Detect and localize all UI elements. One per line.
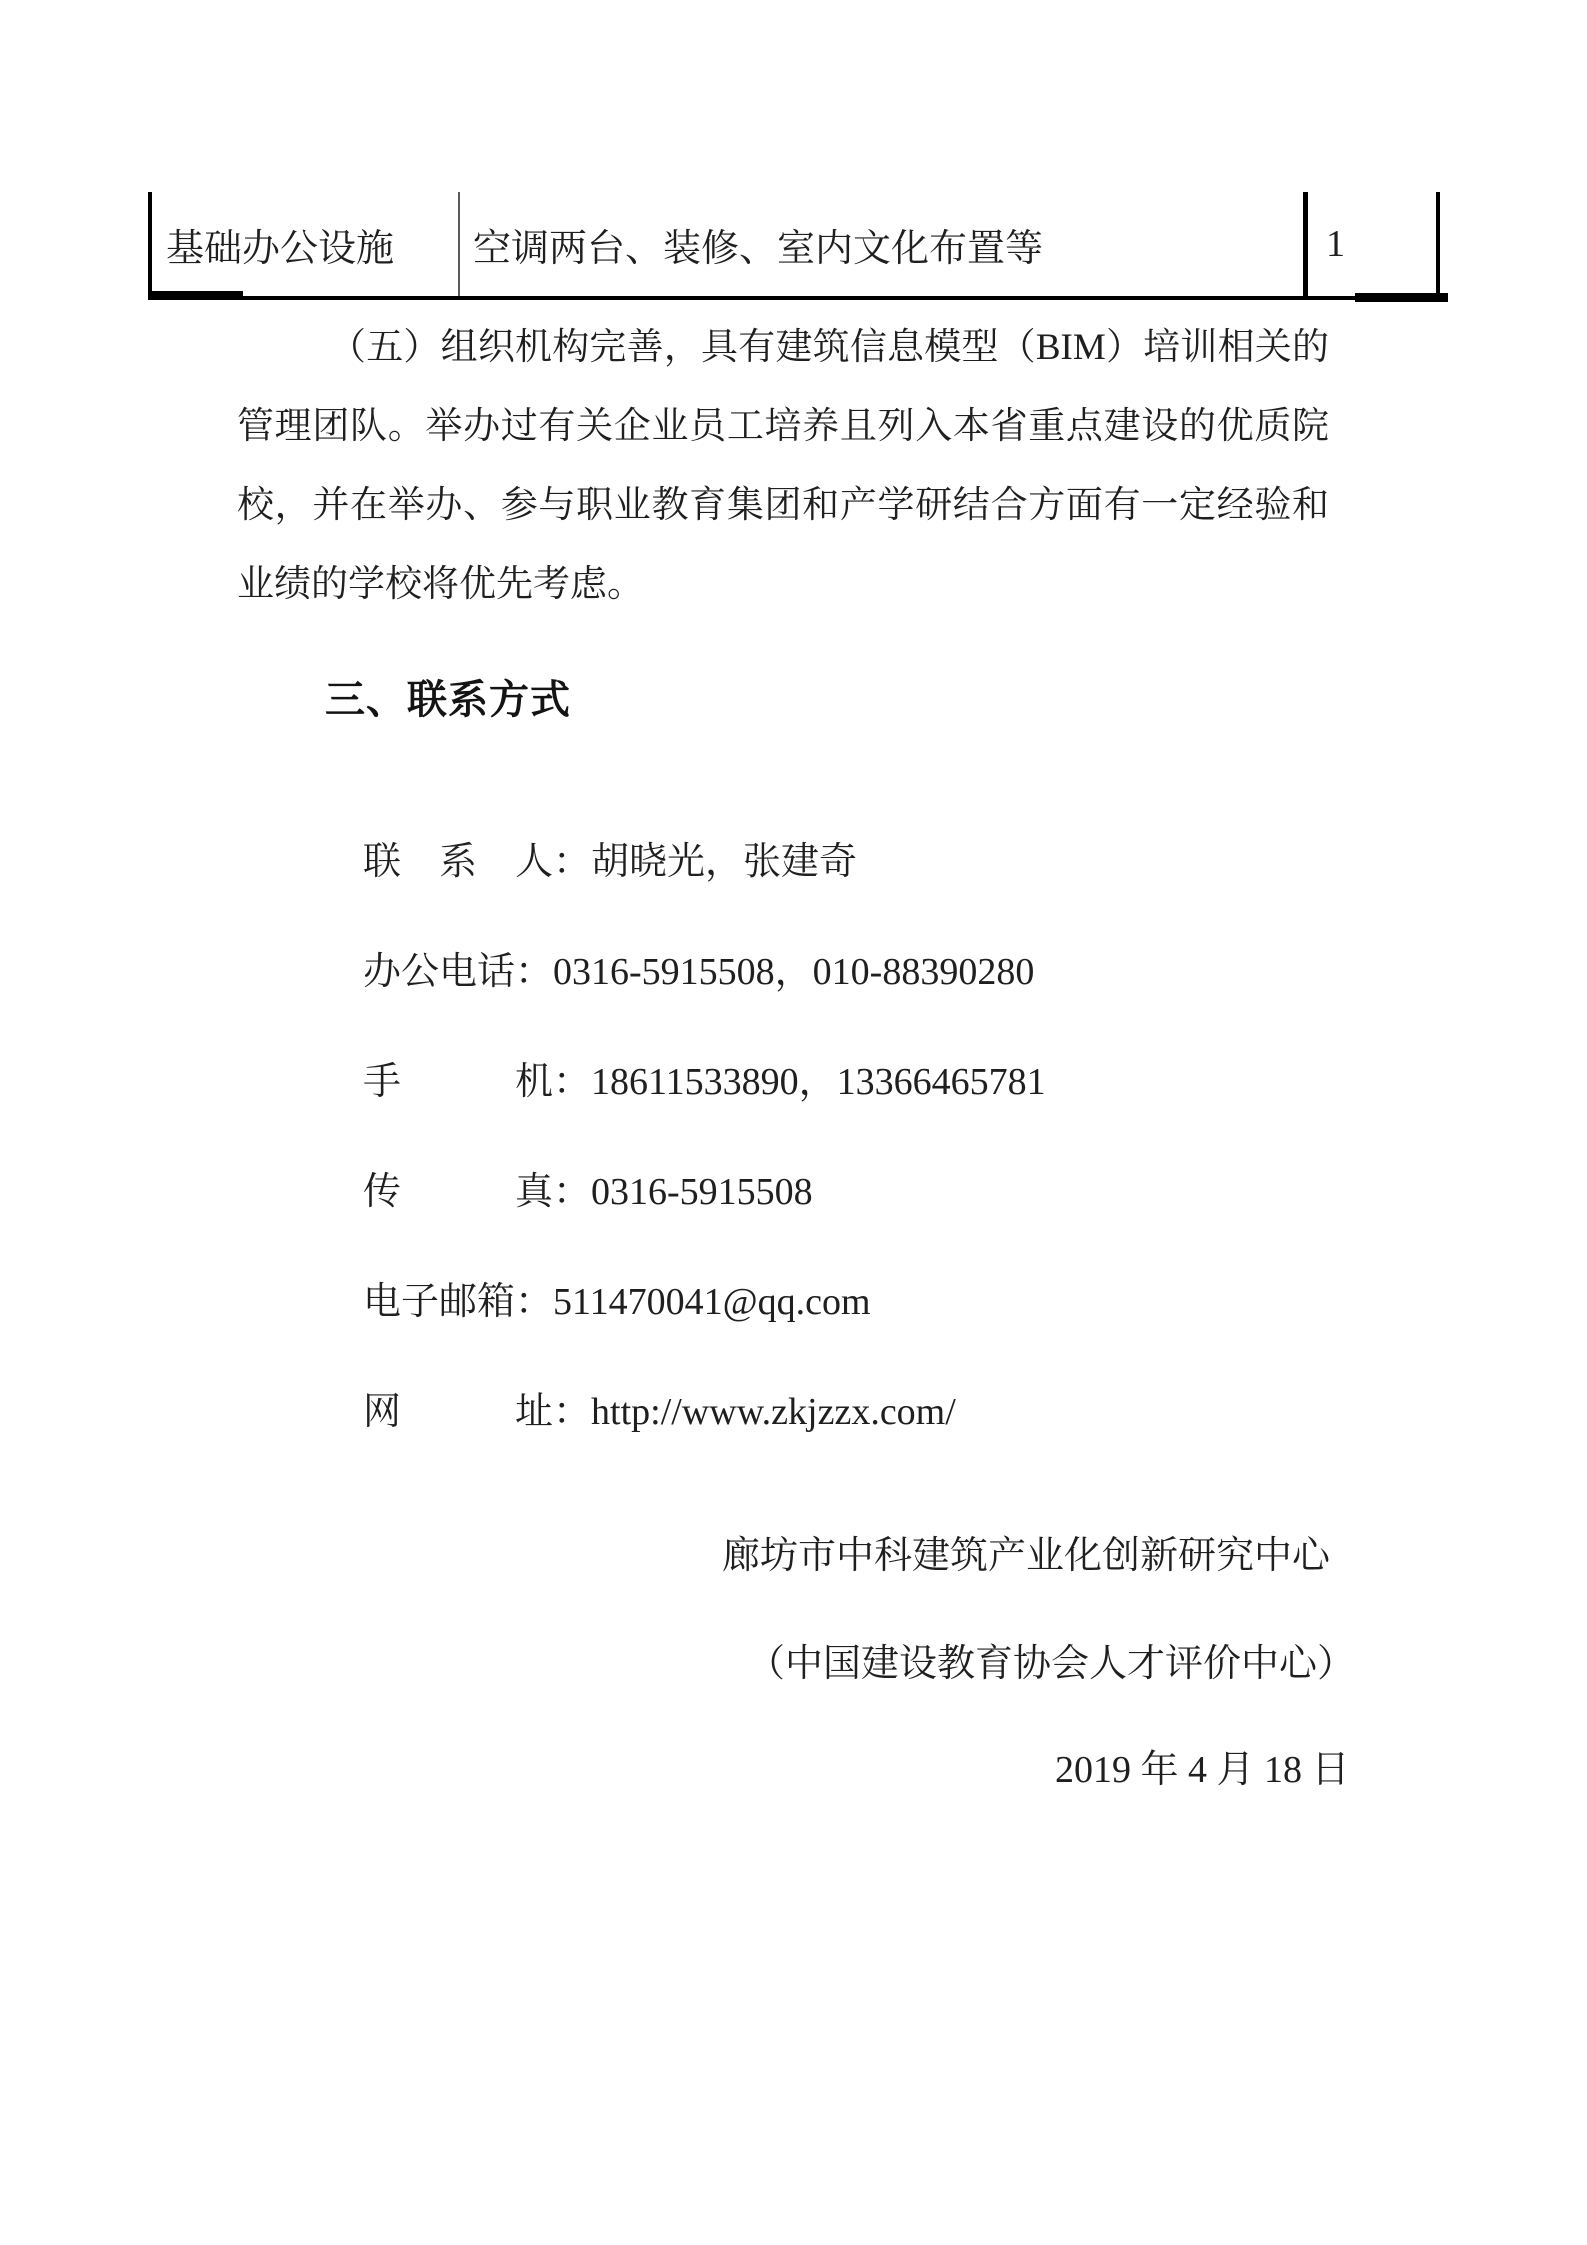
contact-value: 0316-5915508 [591,1171,813,1213]
table-cell-quantity: 1 [1308,192,1436,296]
table-cell-description: 空调两台、装修、室内文化布置等 [460,192,1308,296]
section-heading: 三、联系方式 [325,674,571,726]
table-border-thick-right-segment [1355,293,1448,302]
contact-label: 联 系 人： [363,841,591,883]
table-cell-item: 基础办公设施 [152,192,460,296]
signature-date: 2019 年 4 月 18 日 [1055,1746,1350,1794]
document-page: 基础办公设施 空调两台、装修、室内文化布置等 1 （五）组织机构完善，具有建筑信… [0,0,1587,2245]
table-border-thick-left-segment [148,291,243,300]
paragraph-line: （五）组织机构完善，具有建筑信息模型（BIM）培训相关的 [237,308,1329,387]
body-paragraph: （五）组织机构完善，具有建筑信息模型（BIM）培训相关的 管理团队。举办过有关企… [237,308,1329,624]
contact-label: 办公电话： [363,951,553,993]
contact-value: 511470041@qq.com [553,1281,871,1323]
signature-organization: 廊坊市中科建筑产业化创新研究中心 [722,1532,1330,1580]
table-cell-item-text: 基础办公设施 [166,217,394,272]
contact-label: 网 址： [363,1391,591,1433]
contact-value: http://www.zkjzzx.com/ [591,1391,956,1433]
contact-value: 胡晓光，张建奇 [591,841,857,883]
contact-label: 电子邮箱： [363,1281,553,1323]
table-row: 基础办公设施 空调两台、装修、室内文化布置等 1 [148,192,1440,300]
contact-label: 手 机： [363,1061,591,1103]
contact-value: 0316-5915508，010-88390280 [553,951,1034,993]
paragraph-line: 管理团队。举办过有关企业员工培养且列入本省重点建设的优质院 [237,387,1329,466]
paragraph-line: 业绩的学校将优先考虑。 [237,545,1329,624]
paragraph-line: 校，并在举办、参与职业教育集团和产学研结合方面有一定经验和 [237,466,1329,545]
table-cell-description-text: 空调两台、装修、室内文化布置等 [473,217,1043,272]
contact-line-website: 网 址：http://www.zkjzzx.com/ [325,1337,956,1487]
contact-value: 18611533890，13366465781 [591,1061,1046,1103]
signature-organization-sub: （中国建设教育协会人才评价中心） [747,1640,1355,1688]
table-cell-quantity-text: 1 [1326,222,1345,266]
contact-label: 传 真： [363,1171,591,1213]
